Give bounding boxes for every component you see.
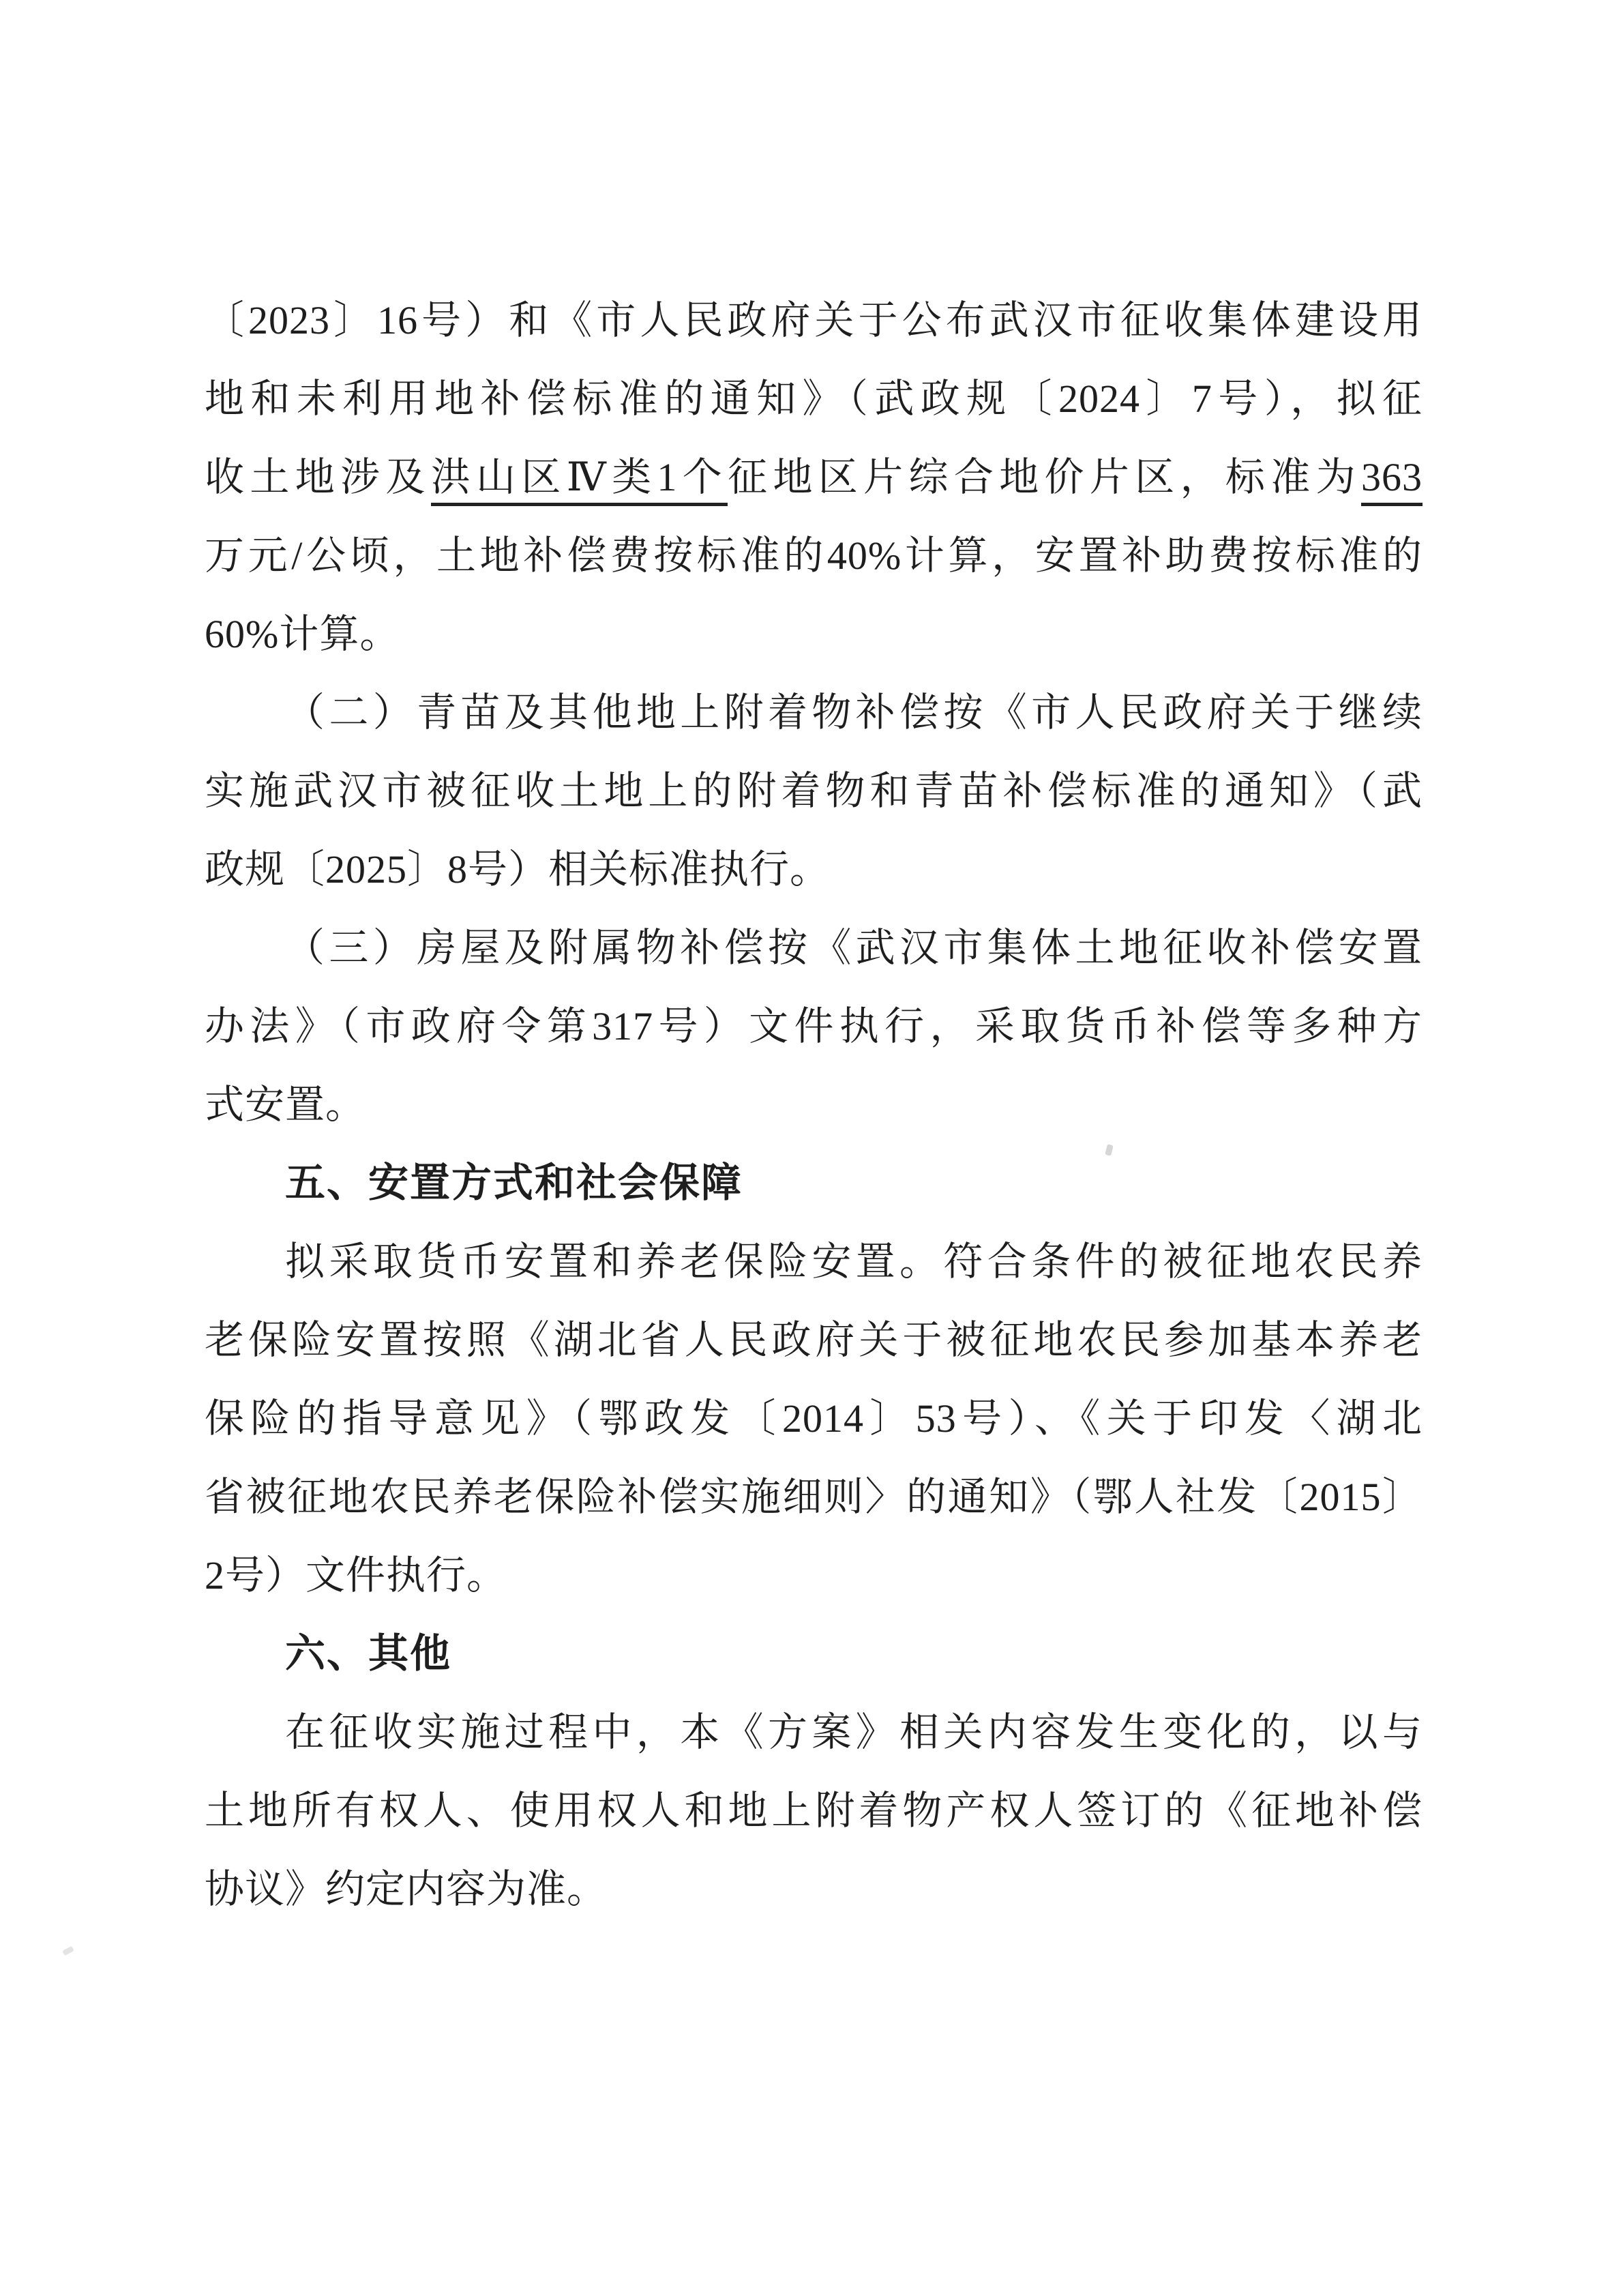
text-line: 地和未利用地补偿标准的通知》（武政规〔2024〕7号），拟征 [205,359,1423,438]
text-line: 拟采取货币安置和养老保险安置。符合条件的被征地农民养 [205,1222,1423,1301]
text-segment: 办法》（市政府令第317号）文件执行，采取货币补偿等多种方 [205,1004,1423,1048]
text-segment: 〔2023〕16号）和《市人民政府关于公布武汉市征收集体建设用 [205,298,1423,342]
document-page: 〔2023〕16号）和《市人民政府关于公布武汉市征收集体建设用地和未利用地补偿标… [0,0,1623,2296]
text-segment: 六、其他 [285,1631,451,1676]
text-line: 万元/公顷，土地补偿费按标准的40%计算，安置补助费按标准的 [205,516,1423,595]
section-heading: 五、安置方式和社会保障 [205,1144,1423,1222]
text-segment: 老保险安置按照《湖北省人民政府关于被征地农民参加基本养老 [205,1318,1423,1362]
text-line: 式安置。 [205,1065,1423,1144]
text-line: 〔2023〕16号）和《市人民政府关于公布武汉市征收集体建设用 [205,281,1423,359]
underlined-text-segment: 洪山区Ⅳ类1个 [431,455,728,506]
text-line: 60%计算。 [205,595,1423,673]
text-segment: 征地区片综合地价片区，标准为 [728,455,1361,499]
text-segment: 拟采取货币安置和养老保险安置。符合条件的被征地农民养 [285,1239,1423,1284]
text-segment: （二）青苗及其他地上附着物补偿按《市人民政府关于继续 [285,690,1423,735]
text-segment: 保险的指导意见》（鄂政发〔2014〕53号）、《关于印发〈湖北 [205,1396,1423,1441]
text-segment: 60%计算。 [205,612,400,656]
text-segment: 式安置。 [205,1083,366,1127]
section-heading: 六、其他 [205,1615,1423,1693]
text-line: 2号）文件执行。 [205,1536,1423,1615]
text-block: 〔2023〕16号）和《市人民政府关于公布武汉市征收集体建设用地和未利用地补偿标… [205,281,1423,1928]
text-segment: 万元/公顷，土地补偿费按标准的40%计算，安置补助费按标准的 [205,533,1423,578]
text-segment: 实施武汉市被征收土地上的附着物和青苗补偿标准的通知》（武 [205,769,1423,813]
text-segment: 收土地涉及 [205,455,431,499]
text-line: 省被征地农民养老保险补偿实施细则〉的通知》（鄂人社发〔2015〕 [205,1458,1423,1536]
text-segment: 土地所有权人、使用权人和地上附着物产权人签订的《征地补偿 [205,1789,1423,1833]
text-segment: 协议》约定内容为准。 [205,1867,607,1911]
text-segment: 政规〔2025〕8号）相关标准执行。 [205,847,830,892]
text-line: 在征收实施过程中，本《方案》相关内容发生变化的，以与 [205,1693,1423,1771]
text-segment: （三）房屋及附属物补偿按《武汉市集体土地征收补偿安置 [285,926,1423,970]
text-segment: 五、安置方式和社会保障 [285,1160,743,1205]
text-line: 办法》（市政府令第317号）文件执行，采取货币补偿等多种方 [205,987,1423,1065]
text-line: 保险的指导意见》（鄂政发〔2014〕53号）、《关于印发〈湖北 [205,1379,1423,1458]
text-segment: 2号）文件执行。 [205,1553,507,1598]
text-line: 收土地涉及洪山区Ⅳ类1个征地区片综合地价片区，标准为363 [205,438,1423,516]
text-segment: 地和未利用地补偿标准的通知》（武政规〔2024〕7号），拟征 [205,377,1423,421]
text-line: 实施武汉市被征收土地上的附着物和青苗补偿标准的通知》（武 [205,752,1423,830]
underlined-text-segment: 363 [1361,455,1423,506]
text-line: 协议》约定内容为准。 [205,1850,1423,1928]
text-line: （二）青苗及其他地上附着物补偿按《市人民政府关于继续 [205,673,1423,752]
scan-artifact [62,1946,74,1956]
text-line: 政规〔2025〕8号）相关标准执行。 [205,830,1423,909]
text-line: 老保险安置按照《湖北省人民政府关于被征地农民参加基本养老 [205,1301,1423,1379]
text-line: 土地所有权人、使用权人和地上附着物产权人签订的《征地补偿 [205,1771,1423,1850]
text-segment: 在征收实施过程中，本《方案》相关内容发生变化的，以与 [285,1710,1423,1754]
text-line: （三）房屋及附属物补偿按《武汉市集体土地征收补偿安置 [205,909,1423,987]
text-segment: 省被征地农民养老保险补偿实施细则〉的通知》（鄂人社发〔2015〕 [205,1475,1423,1519]
